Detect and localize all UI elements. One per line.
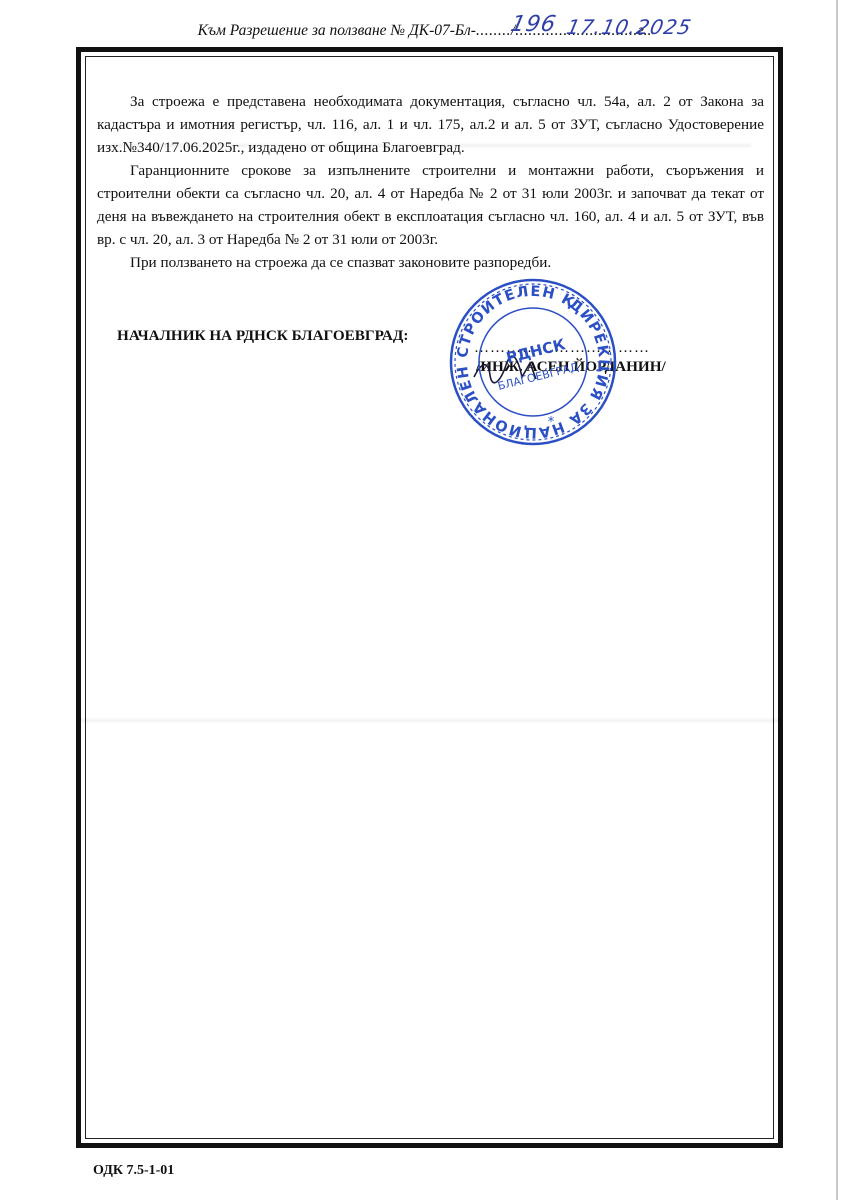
stamp-rings bbox=[451, 280, 615, 444]
paragraph-warranty: Гаранционните срокове за изпълнените стр… bbox=[97, 159, 764, 251]
header-number-dots: ........ bbox=[476, 22, 511, 39]
paragraph-usage: При ползването на строежа да се спазват … bbox=[97, 251, 764, 274]
document-body: За строежа е представена необходимата до… bbox=[97, 90, 764, 274]
scan-noise bbox=[81, 719, 781, 722]
stamp-star-icon: * bbox=[548, 415, 555, 430]
header-prefix: Към Разрешение за ползване № ДК-07-Бл- bbox=[198, 22, 476, 39]
handwritten-date: 17.10.2025 bbox=[564, 15, 694, 39]
signatory-title: НАЧАЛНИК НА РДНСК БЛАГОЕВГРАД: bbox=[117, 327, 408, 345]
official-stamp: ДИРЕКЦИЯ ЗА НАЦИОНАЛЕН СТРОИТЕЛЕН КОНТРО… bbox=[447, 276, 619, 448]
stamp-center-line-1: РДНСК bbox=[504, 335, 567, 367]
scan-edge bbox=[836, 0, 838, 1200]
svg-text:ДИРЕКЦИЯ ЗА НАЦИОНАЛЕН СТРОИТЕ: ДИРЕКЦИЯ ЗА НАЦИОНАЛЕН СТРОИТЕЛЕН КОНТРО… bbox=[447, 276, 619, 448]
stamp-outer-text: ДИРЕКЦИЯ ЗА НАЦИОНАЛЕН СТРОИТЕЛЕН КОНТРО… bbox=[447, 276, 619, 448]
document-header: Към Разрешение за ползване № ДК-07-Бл-..… bbox=[0, 22, 849, 40]
document-code: ОДК 7.5-1-01 bbox=[93, 1163, 174, 1179]
paragraph-documentation: За строежа е представена необходимата до… bbox=[97, 90, 764, 159]
handwritten-number: 196 bbox=[508, 12, 558, 37]
